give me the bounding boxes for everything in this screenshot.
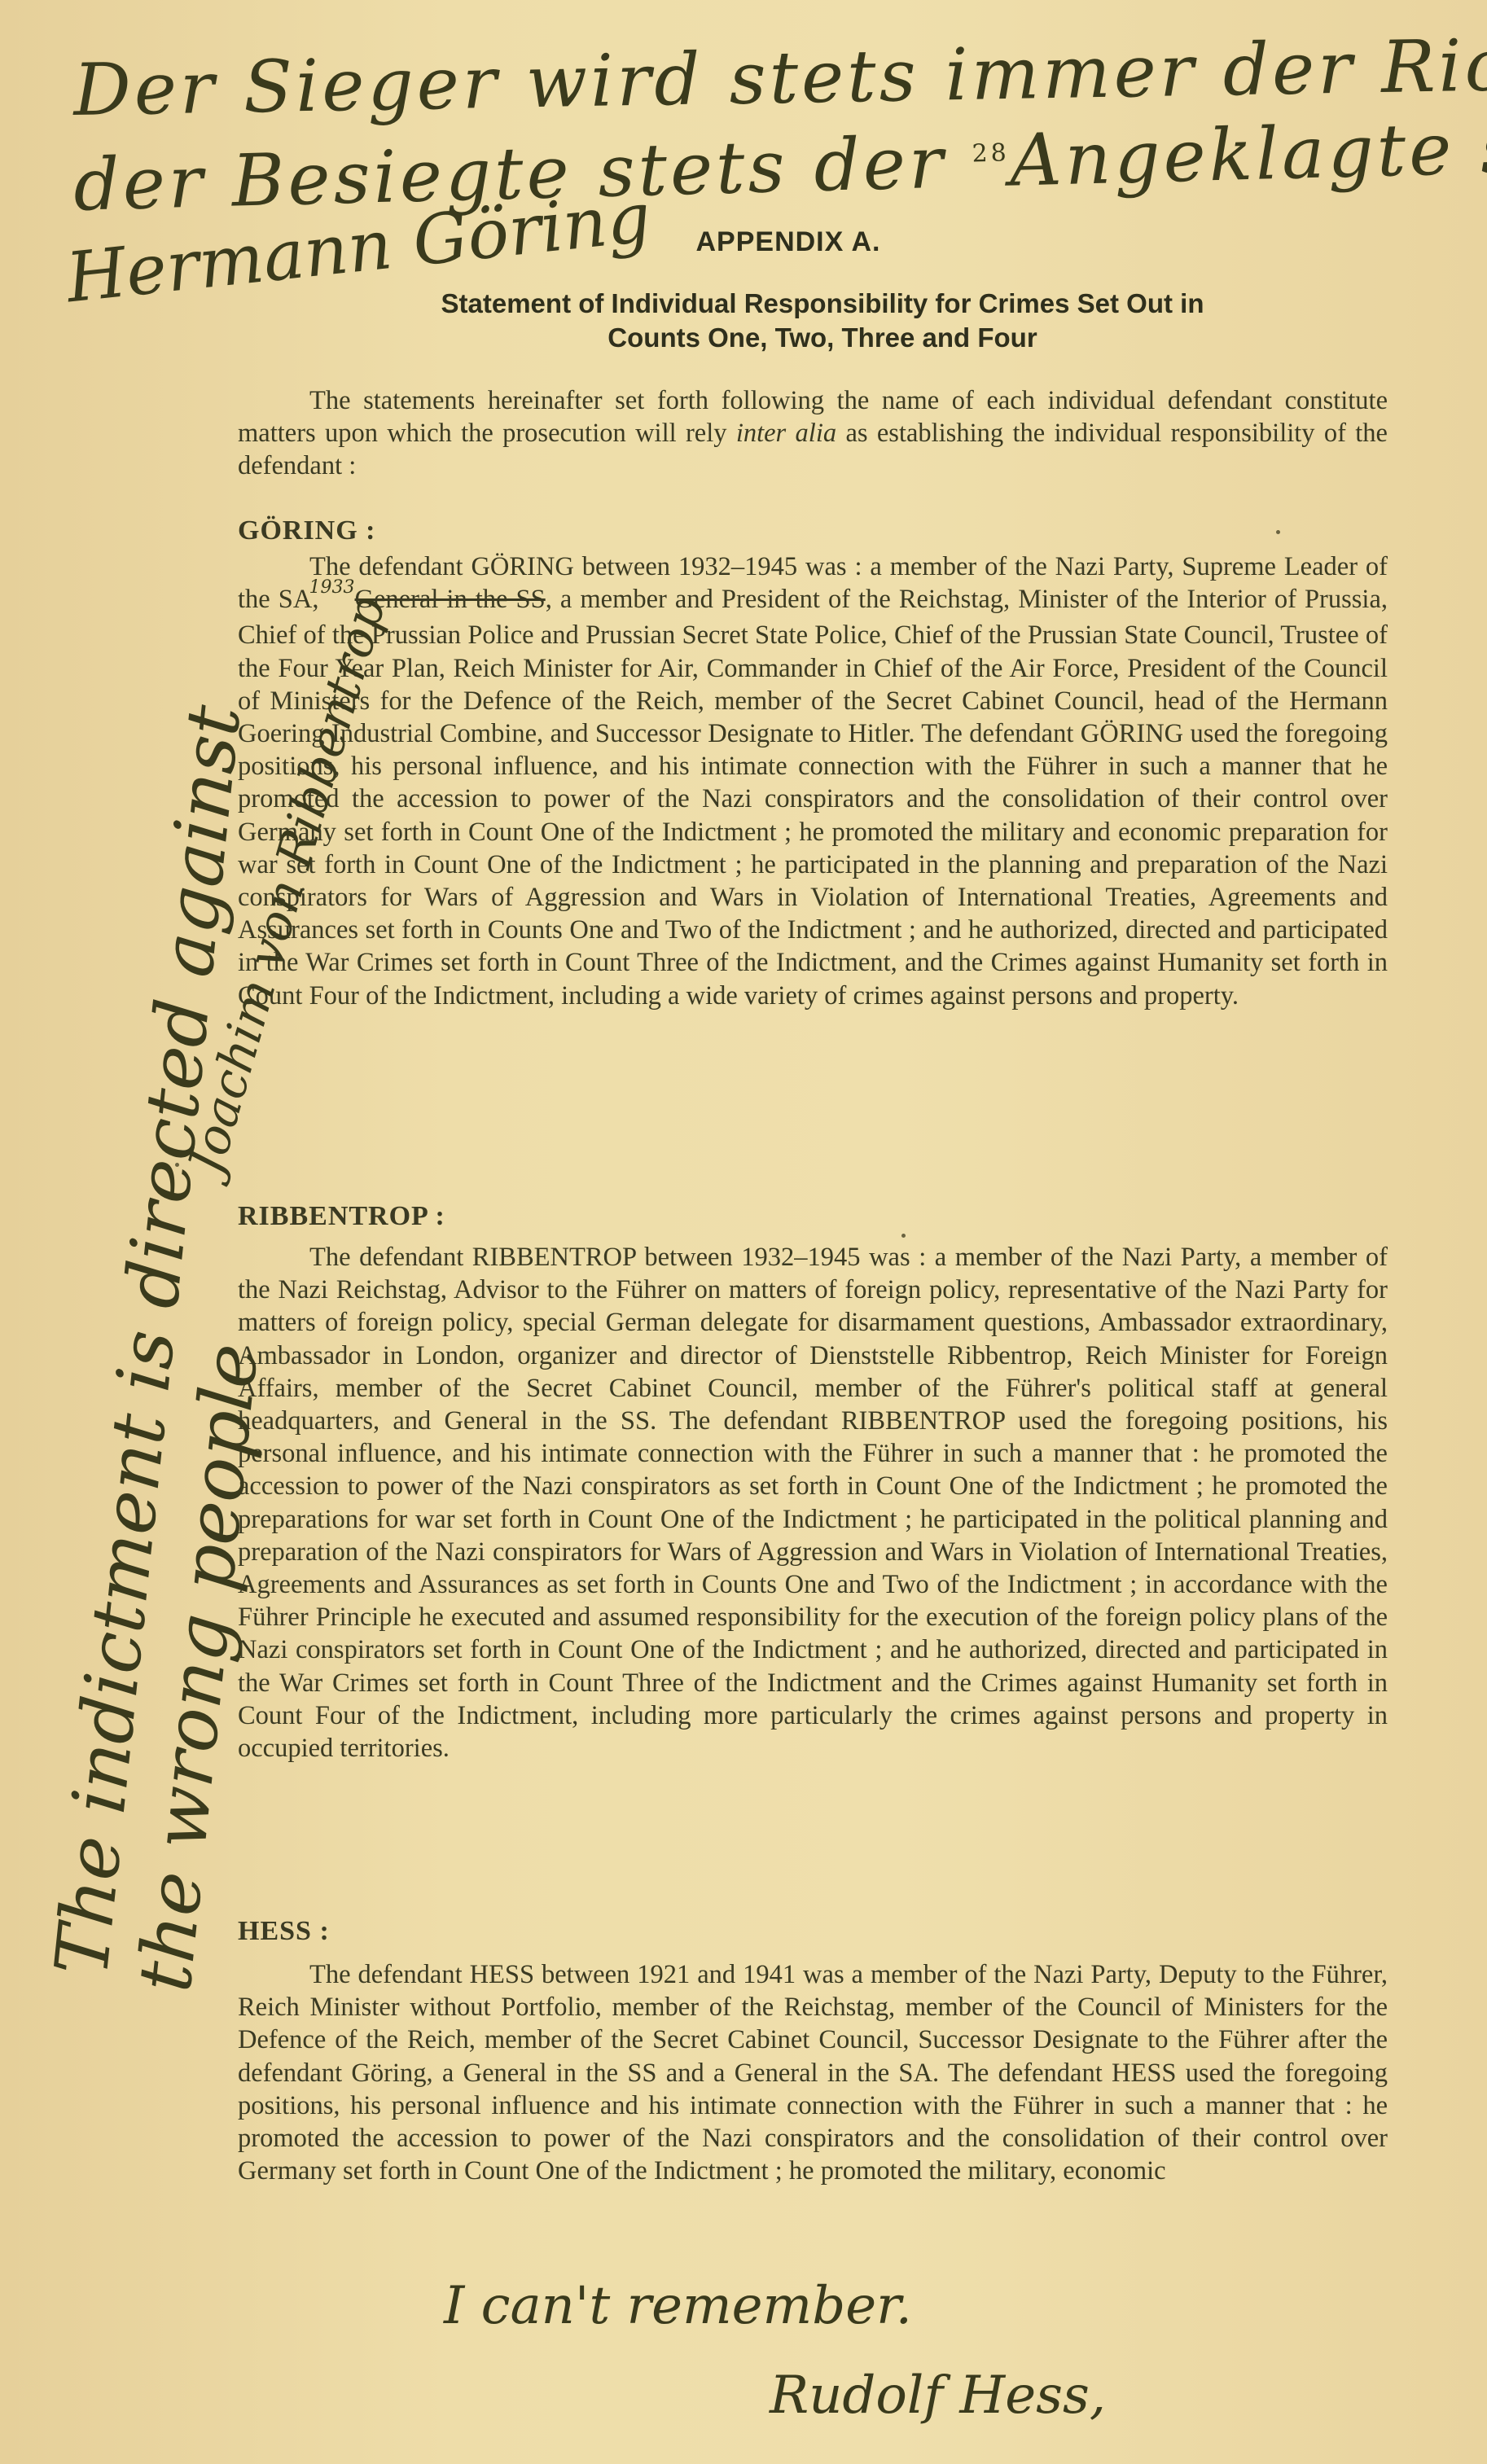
- quote-line2-suffix: Angeklagte sein!: [1009, 101, 1487, 202]
- stray-mark: [901, 1234, 906, 1238]
- section-heading-hess: HESS :: [238, 1916, 330, 1947]
- stray-mark: [1276, 530, 1280, 534]
- subtitle-line1: Statement of Individual Responsibility f…: [293, 287, 1352, 321]
- stray-mark: [175, 1163, 179, 1167]
- subtitle-line2: Counts One, Two, Three and Four: [293, 321, 1352, 355]
- ribbentrop-text: The defendant RIBBENTROP between 1932–19…: [238, 1241, 1388, 1765]
- section-body-hess: The defendant HESS between 1921 and 1941…: [238, 1958, 1388, 2187]
- hess-text: The defendant HESS between 1921 and 1941…: [238, 1958, 1388, 2187]
- document-subtitle: Statement of Individual Responsibility f…: [293, 287, 1352, 355]
- intro-italic-term: inter alia: [736, 419, 836, 448]
- document-page: Der Sieger wird stets immer der Richter …: [0, 0, 1487, 2464]
- intro-paragraph: The statements hereinafter set forth fol…: [238, 384, 1388, 483]
- section-heading-ribbentrop: RIBBENTROP :: [238, 1201, 445, 1232]
- appendix-title: APPENDIX A.: [0, 226, 1487, 258]
- handwritten-hess-note: I can't remember.: [444, 2276, 912, 2336]
- hess-signature: Rudolf Hess,: [770, 2365, 1106, 2426]
- goering-text-part2: , a member and President of the Reichsta…: [238, 585, 1388, 1010]
- section-body-ribbentrop: The defendant RIBBENTROP between 1932–19…: [238, 1241, 1388, 1765]
- section-body-goering: The defendant GÖRING between 1932–1945 w…: [238, 550, 1388, 1012]
- section-heading-goering: GÖRING :: [238, 515, 376, 546]
- page-number-28: 28: [972, 138, 1010, 168]
